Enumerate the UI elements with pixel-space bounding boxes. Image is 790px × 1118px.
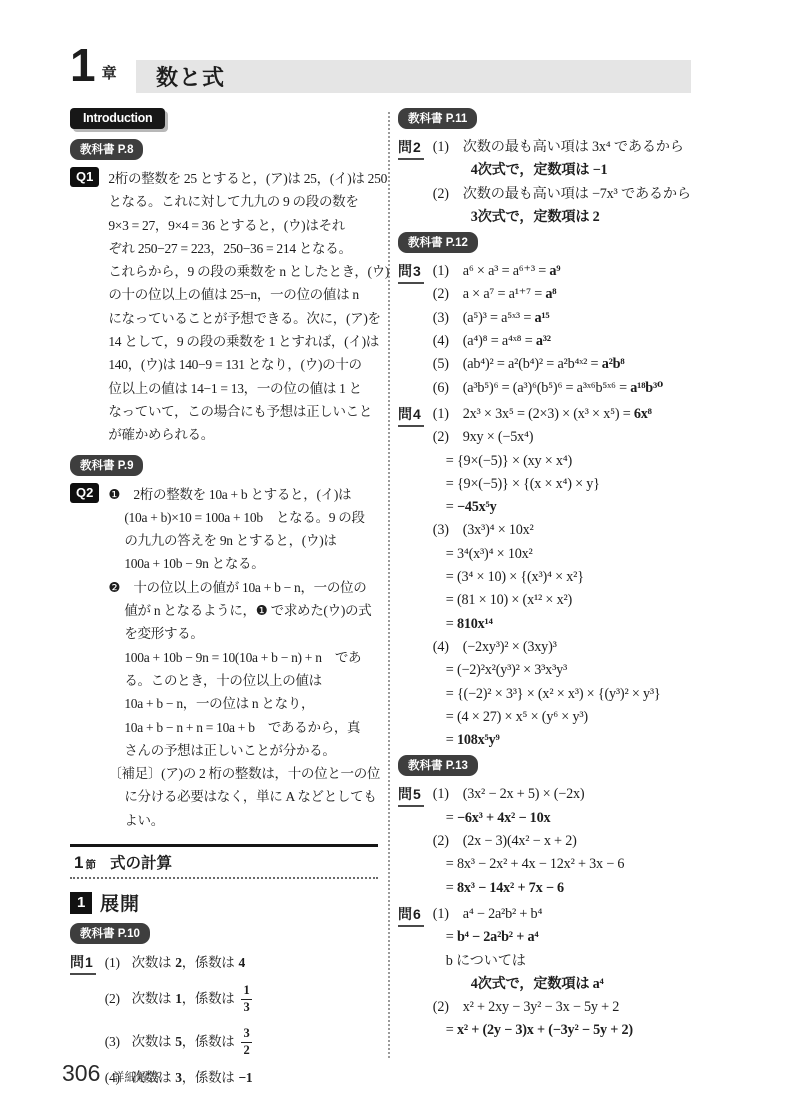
- fraction-denominator: 3: [241, 1000, 253, 1015]
- fraction: 1 3: [241, 983, 253, 1015]
- equation-text: =: [446, 499, 457, 515]
- equation-text: (2) a × a⁷ = a¹⁺⁷ =: [433, 286, 546, 302]
- section-unit-label: 節: [85, 857, 96, 872]
- text-line: さんの予想は正しいことが分かる。: [124, 739, 378, 762]
- equation-line: (2) x² + 2xy − 3y² − 3x − 5y + 2: [433, 996, 760, 1019]
- textbook-page-badge-p8: 教科書 P.8: [70, 139, 143, 160]
- chapter-number: 1: [70, 42, 95, 88]
- answer-value: 4: [239, 951, 245, 975]
- equation-line: = x² + (2y − 3)x + (−3y² − 5y + 2): [433, 1019, 760, 1042]
- text-line: 140，(ウ)は 140−9 = 131 となり，(ウ)の十の: [108, 353, 378, 376]
- equation-text: =: [446, 810, 457, 826]
- text-line: 14 として，9 の段の乗数を 1 とすれば，(イ)は: [108, 330, 378, 353]
- equation-line: (1) a⁴ − 2a²b² + b⁴: [433, 903, 760, 926]
- answer-row: (2) 次数は 1 ，係数は 1 3: [105, 980, 378, 1018]
- section-title: 式の計算: [110, 851, 172, 873]
- text-line: 10a + b − n + n = 10a + b であるから，真: [124, 716, 378, 739]
- q1-badge: Q1: [70, 167, 99, 187]
- text-line: る。このとき，十の位以上の値は: [124, 669, 378, 692]
- equation-text: =: [446, 1022, 457, 1038]
- fraction-numerator: 3: [241, 1026, 253, 1043]
- equation-line: = b⁴ − 2a²b² + a⁴: [433, 926, 760, 949]
- chapter-unit-label: 章: [102, 62, 117, 83]
- answer-page: 1 章 数と式 Introduction 教科書 P.8 Q1 2桁の整数を 2…: [0, 0, 790, 1118]
- equation-text: b については: [446, 953, 526, 969]
- equation-text: (4) (a⁴)⁸ = a⁴ˣ⁸ =: [433, 333, 536, 349]
- chapter-title: 数と式: [156, 61, 225, 92]
- equation-line: = (3⁴ × 10) × {(x³)⁴ × x²}: [433, 566, 760, 589]
- subsection-number: 1: [70, 892, 92, 914]
- equation-line: = {(−2)² × 3³} × (x² × x³) × {(y³)² × y³…: [433, 683, 760, 706]
- fraction: 3 2: [241, 1026, 253, 1058]
- answer-bold: −6x³ + 4x² − 10x: [457, 810, 550, 826]
- text-line: になっていることが予想できる。次に，(ア)を: [108, 307, 378, 330]
- equation-text: = 8x³ − 2x² + 4x − 12x² + 3x − 6: [446, 856, 625, 872]
- equation-text: =: [446, 880, 457, 896]
- answer-bold: 4次式で，定数項は −1: [471, 162, 608, 178]
- text-line: 〔補足〕(ア)の 2 桁の整数は，十の位と一の位: [124, 762, 378, 785]
- equation-text: =: [446, 616, 457, 632]
- footer-label: 詳細解答: [112, 1068, 160, 1085]
- introduction-badge: Introduction: [70, 108, 165, 129]
- text-line: に分ける必要はなく，単に A などとしても: [124, 785, 378, 808]
- equation-line: (1) 次数の最も高い項は 3x⁴ であるから: [433, 136, 760, 159]
- equation-text: = (−2)²x²(y³)² × 3³x³y³: [446, 662, 567, 678]
- text-line: 2桁の整数を 25 とすると，(ア)は 25，(イ)は 250: [108, 167, 378, 190]
- fraction-numerator: 1: [241, 983, 253, 1000]
- item-number: (1): [105, 951, 120, 975]
- textbook-page-badge-p13: 教科書 P.13: [398, 755, 478, 776]
- item-number: (2): [105, 987, 120, 1011]
- text-line: を変形する。: [124, 622, 378, 645]
- equation-line: (5) (ab⁴)² = a²(b⁴)² = a²b⁴ˣ² = a²b⁸: [433, 353, 760, 376]
- text-line: これらから，9 の段の乗数を n としたとき，(ウ): [108, 260, 378, 283]
- column-divider: [388, 112, 390, 1058]
- answer-bold: a³²: [536, 333, 551, 349]
- answer-row: (1) 次数は 2 ，係数は 4: [105, 951, 378, 975]
- text-line: 9×3 = 27，9×4 = 36 とすると，(ウ)はそれ: [108, 214, 378, 237]
- equation-text: = (3⁴ × 10) × {(x³)⁴ × x²}: [446, 569, 584, 585]
- equation-line: = −45x⁵y: [433, 496, 760, 519]
- equation-line: = {9×(−5)} × {(x × x⁴) × y}: [433, 473, 760, 496]
- text-line: 100a + 10b − 9n = 10(10a + b − n) + n であ: [124, 646, 378, 669]
- equation-line: (1) a⁶ × a³ = a⁶⁺³ = a⁹: [433, 260, 760, 283]
- answer-text: 次数は: [132, 987, 172, 1011]
- section-number: 1: [74, 853, 83, 873]
- equation-text: = {9×(−5)} × (xy × x⁴): [446, 453, 572, 469]
- text-line: 10a + b − n，一の位は n となり，: [124, 692, 378, 715]
- equation-text: (1) (3x² − 2x + 5) × (−2x): [433, 786, 585, 802]
- text-line: の九九の答えを 9n とすると，(ウ)は: [124, 529, 378, 552]
- answer-bold: a²b⁸: [602, 356, 625, 372]
- textbook-page-badge-p11: 教科書 P.11: [398, 108, 477, 129]
- page-number: 306: [62, 1060, 100, 1087]
- equation-line: = (81 × 10) × (x¹² × x²): [433, 589, 760, 612]
- answer-text: ，係数は: [182, 1066, 235, 1090]
- answer-bold: 6x⁸: [634, 406, 652, 422]
- textbook-page-badge-p9: 教科書 P.9: [70, 455, 143, 476]
- problem-2-label: 問2: [398, 136, 424, 160]
- problem-6-label: 問6: [398, 903, 424, 927]
- text-line: 値が n となるように，❶ で求めた(ウ)の式: [124, 599, 378, 622]
- answer-value: −1: [239, 1066, 253, 1090]
- equation-line: 4次式で，定数項は −1: [433, 159, 760, 182]
- subsection-title: 展開: [100, 889, 140, 916]
- equation-text: = (4 × 27) × x⁵ × (y⁶ × y³): [446, 709, 588, 725]
- text-line: ❷ 十の位以上の値が 10a + b − n，一の位の: [124, 576, 378, 599]
- equation-line: (4) (−2xy³)² × (3xy)³: [433, 636, 760, 659]
- equation-line: 4次式で，定数項は a⁴: [433, 973, 760, 996]
- equation-text: (3) (a⁵)³ = a⁵ˣ³ =: [433, 310, 535, 326]
- answer-text: ，係数は: [182, 987, 235, 1011]
- equation-line: (3) (a⁵)³ = a⁵ˣ³ = a¹⁵: [433, 307, 760, 330]
- text-line: となる。これに対して九九の 9 の段の数を: [108, 190, 378, 213]
- text-line: なっていて，この場合にも予想は正しいこと: [108, 400, 378, 423]
- problem-4-answers: (1) 2x³ × 3x⁵ = (2×3) × (x³ × x⁵) = 6x⁸ …: [433, 403, 760, 752]
- problem-2: 問2 (1) 次数の最も高い項は 3x⁴ であるから 4次式で，定数項は −1 …: [398, 136, 760, 229]
- q1-answer-text: 2桁の整数を 25 とすると，(ア)は 25，(イ)は 250 となる。これに対…: [108, 167, 378, 447]
- equation-line: = {9×(−5)} × (xy × x⁴): [433, 450, 760, 473]
- equation-text: (1) a⁴ − 2a²b² + b⁴: [433, 906, 542, 922]
- answer-bold: 810x¹⁴: [457, 616, 493, 632]
- answer-bold: b⁴ − 2a²b² + a⁴: [457, 929, 538, 945]
- text-line: の十の位以上の値は 25−n，一の位の値は n: [108, 283, 378, 306]
- equation-line: (6) (a³b⁵)⁶ = (a³)⁶(b⁵)⁶ = a³ˣ⁶b⁵ˣ⁶ = a¹…: [433, 377, 760, 400]
- equation-line: (2) a × a⁷ = a¹⁺⁷ = a⁸: [433, 283, 760, 306]
- right-column: 教科書 P.11 問2 (1) 次数の最も高い項は 3x⁴ であるから 4次式で…: [398, 106, 760, 1046]
- equation-line: = (4 × 27) × x⁵ × (y⁶ × y³): [433, 706, 760, 729]
- equation-line: = (−2)²x²(y³)² × 3³x³y³: [433, 659, 760, 682]
- text-line: 100a + 10b − 9n となる。: [124, 552, 378, 575]
- equation-line: (1) 2x³ × 3x⁵ = (2×3) × (x³ × x⁵) = 6x⁸: [433, 403, 760, 426]
- equation-text: (3) (3x³)⁴ × 10x²: [433, 522, 534, 538]
- problem-4: 問4 (1) 2x³ × 3x⁵ = (2×3) × (x³ × x⁵) = 6…: [398, 403, 760, 752]
- answer-bold: −45x⁵y: [457, 499, 497, 515]
- equation-text: = {(−2)² × 3³} × (x² × x³) × {(y³)² × y³…: [446, 686, 661, 702]
- equation-text: (2) 9xy × (−5x⁴): [433, 429, 534, 445]
- problem-5: 問5 (1) (3x² − 2x + 5) × (−2x) = −6x³ + 4…: [398, 783, 760, 899]
- chapter-header: 1 章: [70, 42, 117, 88]
- answer-bold: 108x⁵y⁹: [457, 732, 500, 748]
- equation-line: = 8x³ − 14x² + 7x − 6: [433, 877, 760, 900]
- textbook-page-badge-p10: 教科書 P.10: [70, 923, 150, 944]
- equation-line: (3) (3x³)⁴ × 10x²: [433, 519, 760, 542]
- answer-bold: 8x³ − 14x² + 7x − 6: [457, 880, 564, 896]
- problem-1-label: 問1: [70, 951, 96, 975]
- equation-text: (2) 次数の最も高い項は −7x³ であるから: [433, 186, 691, 202]
- answer-bold: 4次式で，定数項は a⁴: [471, 976, 604, 992]
- problem-6-answers: (1) a⁴ − 2a²b² + b⁴ = b⁴ − 2a²b² + a⁴ b …: [433, 903, 760, 1043]
- problem-2-answers: (1) 次数の最も高い項は 3x⁴ であるから 4次式で，定数項は −1 (2)…: [433, 136, 760, 229]
- answer-bold: 3次式で，定数項は 2: [471, 209, 600, 225]
- equation-line: = 8x³ − 2x² + 4x − 12x² + 3x − 6: [433, 853, 760, 876]
- text-line: 位以上の値は 14−1 = 13，一の位の値は 1 と: [108, 377, 378, 400]
- equation-line: (2) (2x − 3)(4x² − x + 2): [433, 830, 760, 853]
- equation-line: (2) 9xy × (−5x⁴): [433, 426, 760, 449]
- answer-row: (3) 次数は 5 ，係数は 3 2: [105, 1023, 378, 1061]
- problem-5-label: 問5: [398, 783, 424, 807]
- equation-line: 3次式で，定数項は 2: [433, 206, 760, 229]
- equation-text: (1) 次数の最も高い項は 3x⁴ であるから: [433, 139, 684, 155]
- text-line: が確かめられる。: [108, 423, 378, 446]
- answer-bold: x² + (2y − 3)x + (−3y² − 5y + 2): [457, 1022, 633, 1038]
- problem-3-answers: (1) a⁶ × a³ = a⁶⁺³ = a⁹ (2) a × a⁷ = a¹⁺…: [433, 260, 760, 400]
- text-line: (10a + b)×10 = 100a + 10b となる。9 の段: [124, 506, 378, 529]
- problem-5-answers: (1) (3x² − 2x + 5) × (−2x) = −6x³ + 4x² …: [433, 783, 760, 899]
- equation-text: (6) (a³b⁵)⁶ = (a³)⁶(b⁵)⁶ = a³ˣ⁶b⁵ˣ⁶ =: [433, 380, 630, 396]
- q2-badge: Q2: [70, 483, 99, 503]
- equation-line: = 3⁴(x³)⁴ × 10x²: [433, 543, 760, 566]
- equation-text: (2) x² + 2xy − 3y² − 3x − 5y + 2: [433, 999, 619, 1015]
- equation-text: (5) (ab⁴)² = a²(b⁴)² = a²b⁴ˣ² =: [433, 356, 602, 372]
- answer-bold: a¹⁸b³⁰: [630, 380, 663, 396]
- equation-text: = (81 × 10) × (x¹² × x²): [446, 592, 572, 608]
- equation-line: (2) 次数の最も高い項は −7x³ であるから: [433, 183, 760, 206]
- page-footer: 306 詳細解答: [62, 1060, 160, 1087]
- answer-bold: a¹⁵: [534, 310, 549, 326]
- text-line: よい。: [124, 809, 378, 832]
- left-column: Introduction 教科書 P.8 Q1 2桁の整数を 25 とすると，(…: [70, 108, 378, 1098]
- equation-line: = 810x¹⁴: [433, 613, 760, 636]
- fraction-denominator: 2: [241, 1043, 253, 1058]
- question-q1: Q1 2桁の整数を 25 とすると，(ア)は 25，(イ)は 250 となる。こ…: [70, 167, 378, 447]
- equation-text: (2) (2x − 3)(4x² − x + 2): [433, 833, 577, 849]
- equation-line: = −6x³ + 4x² − 10x: [433, 807, 760, 830]
- answer-text: ，係数は: [182, 951, 235, 975]
- equation-text: = {9×(−5)} × {(x × x⁴) × y}: [446, 476, 600, 492]
- chapter-title-bar: 数と式: [136, 60, 691, 93]
- equation-line: b については: [433, 950, 760, 973]
- equation-text: =: [446, 732, 457, 748]
- textbook-page-badge-p12: 教科書 P.12: [398, 232, 478, 253]
- section-header: 1 節 式の計算: [70, 844, 378, 879]
- answer-bold: a⁹: [549, 263, 560, 279]
- text-line: ❶ 2桁の整数を 10a + b とすると，(イ)は: [124, 483, 378, 506]
- problem-6: 問6 (1) a⁴ − 2a²b² + b⁴ = b⁴ − 2a²b² + a⁴…: [398, 903, 760, 1043]
- answer-text: 次数は: [132, 951, 172, 975]
- q2-answer-text: ❶ 2桁の整数を 10a + b とすると，(イ)は (10a + b)×10 …: [108, 483, 378, 832]
- problem-3: 問3 (1) a⁶ × a³ = a⁶⁺³ = a⁹ (2) a × a⁷ = …: [398, 260, 760, 400]
- item-number: (3): [105, 1030, 120, 1054]
- subsection-header: 1 展開: [70, 889, 378, 916]
- answer-text: 次数は: [132, 1030, 172, 1054]
- equation-line: (4) (a⁴)⁸ = a⁴ˣ⁸ = a³²: [433, 330, 760, 353]
- problem-4-label: 問4: [398, 403, 424, 427]
- text-line: ぞれ 250−27 = 223，250−36 = 214 となる。: [108, 237, 378, 260]
- question-q2: Q2 ❶ 2桁の整数を 10a + b とすると，(イ)は (10a + b)×…: [70, 483, 378, 832]
- equation-text: =: [446, 929, 457, 945]
- equation-text: (4) (−2xy³)² × (3xy)³: [433, 639, 557, 655]
- equation-line: (1) (3x² − 2x + 5) × (−2x): [433, 783, 760, 806]
- equation-text: = 3⁴(x³)⁴ × 10x²: [446, 546, 533, 562]
- equation-text: (1) 2x³ × 3x⁵ = (2×3) × (x³ × x⁵) =: [433, 406, 634, 422]
- answer-text: ，係数は: [182, 1030, 235, 1054]
- equation-line: = 108x⁵y⁹: [433, 729, 760, 752]
- equation-text: (1) a⁶ × a³ = a⁶⁺³ =: [433, 263, 550, 279]
- problem-3-label: 問3: [398, 260, 424, 284]
- answer-bold: a⁸: [545, 286, 556, 302]
